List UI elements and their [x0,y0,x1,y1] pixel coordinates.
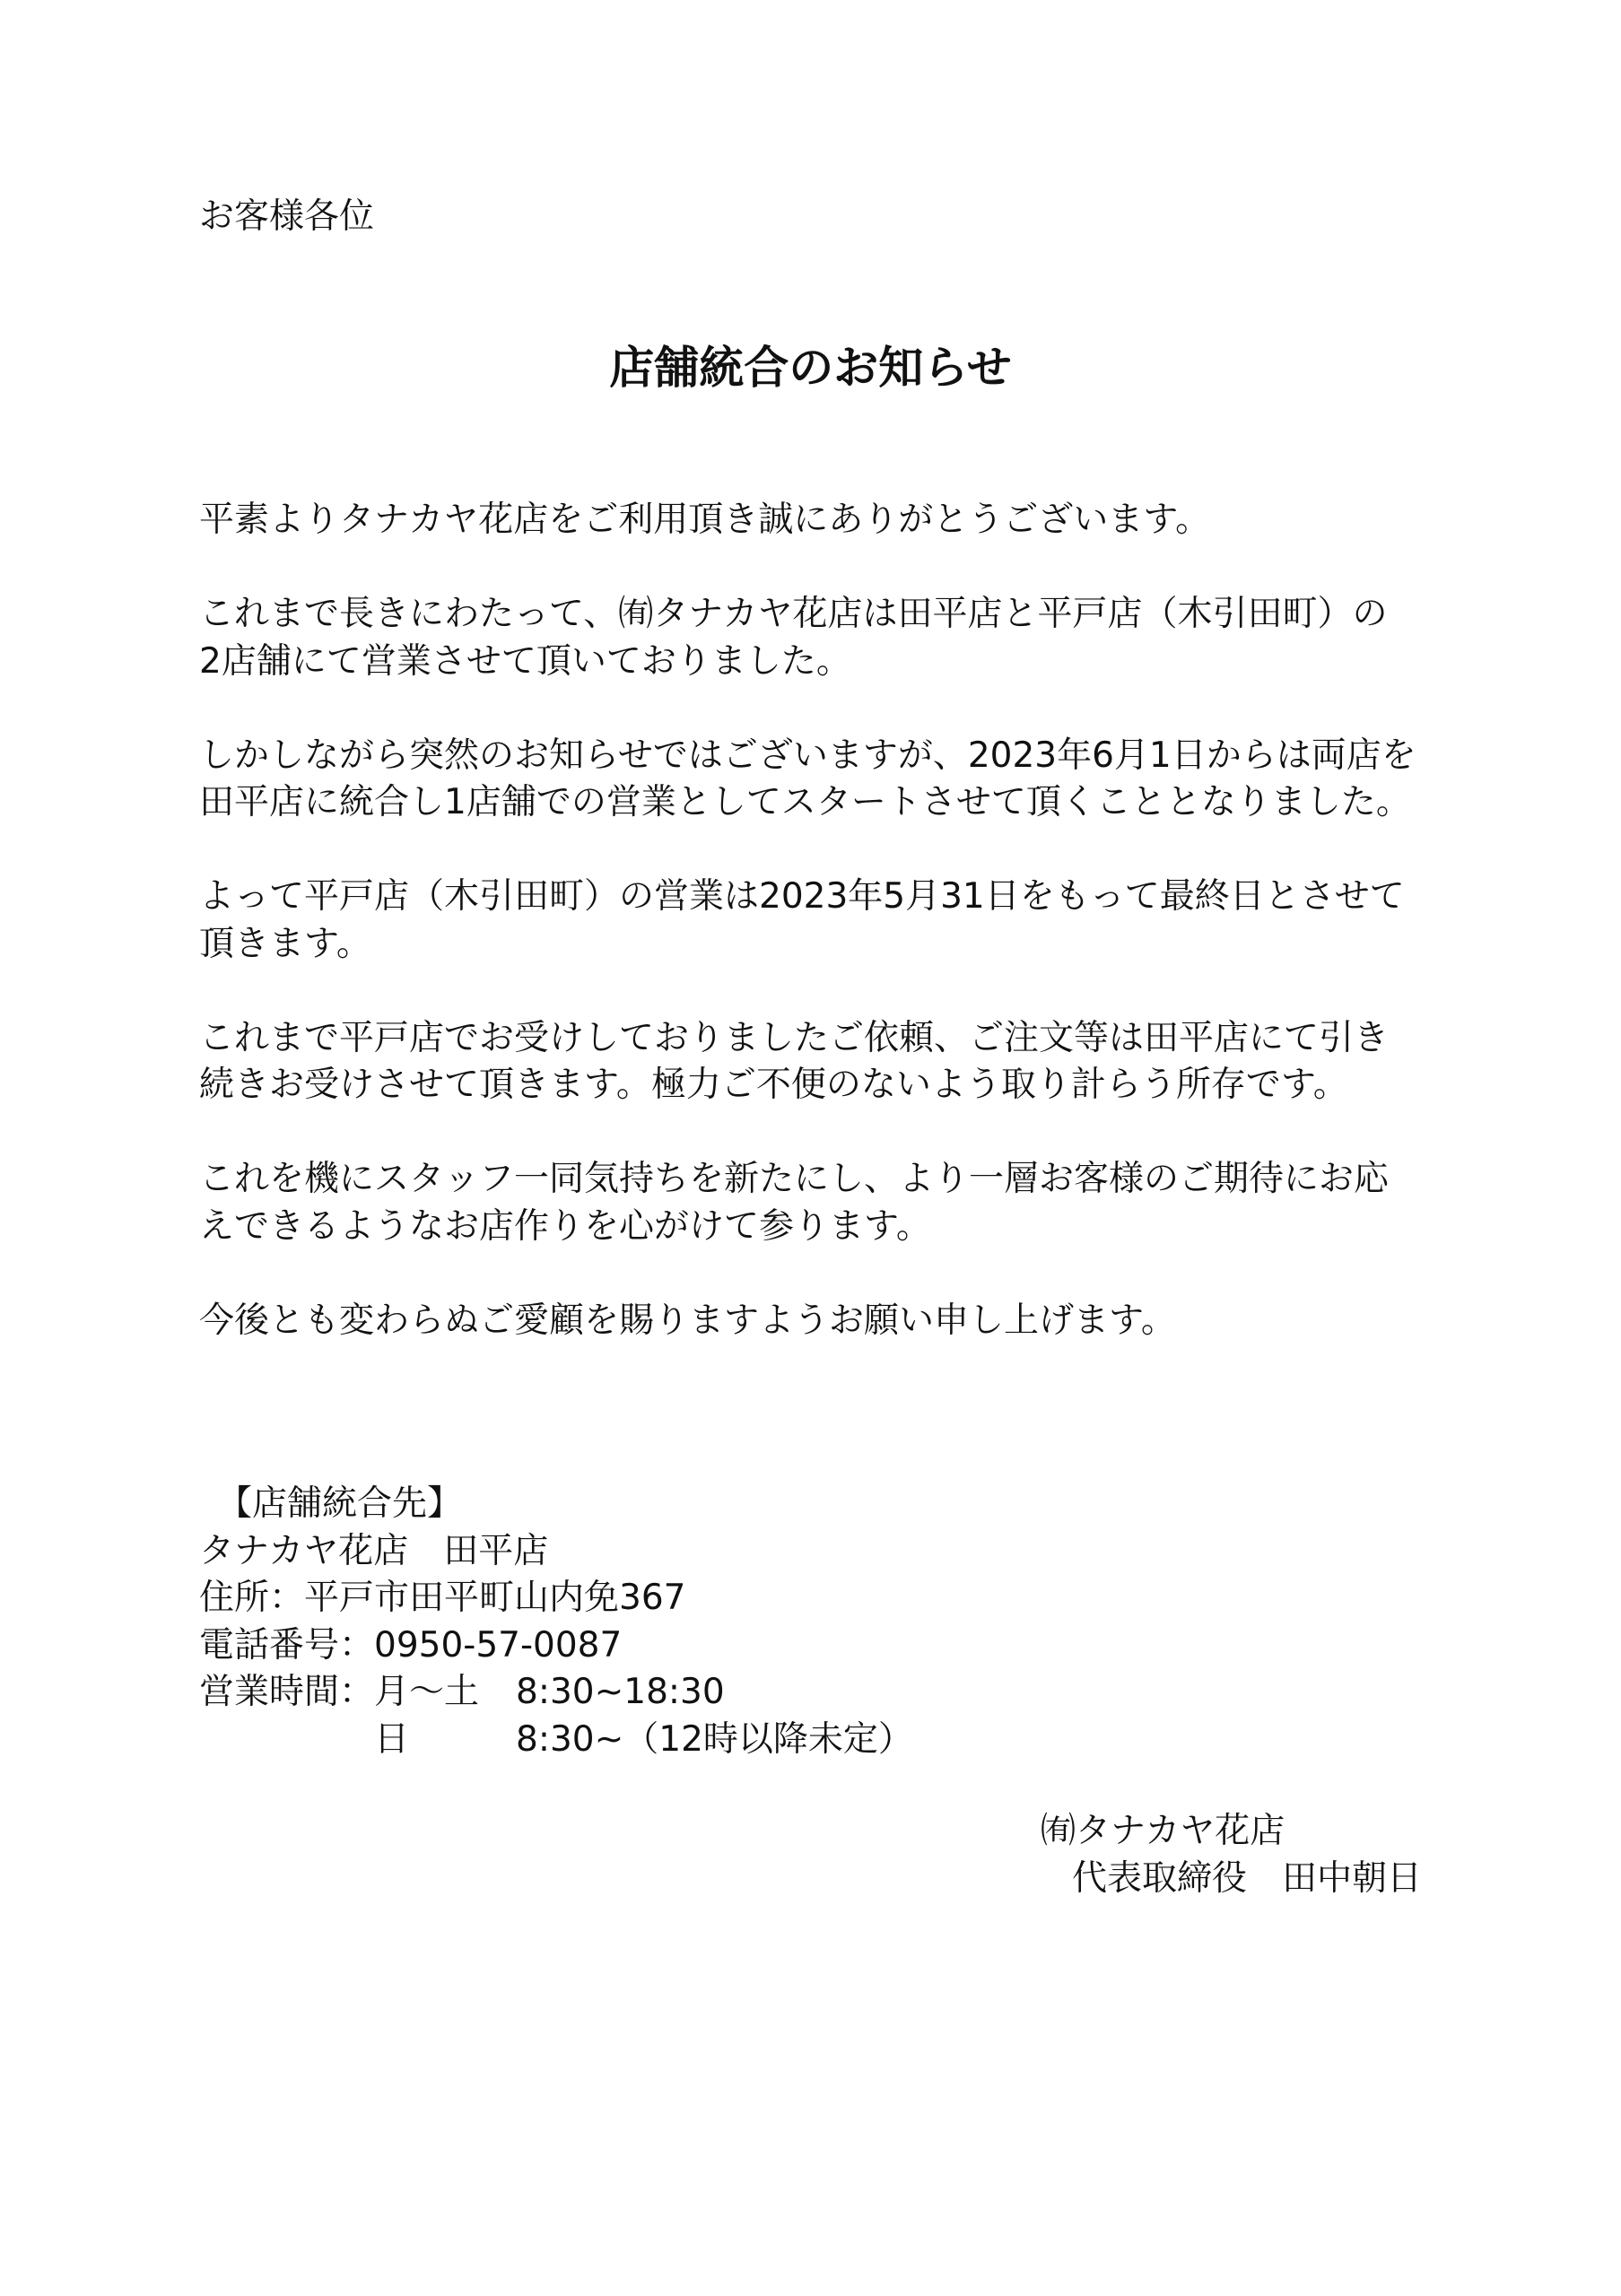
hours-weekday-time: 8:30~18:30 [516,1669,725,1717]
title-text: 店舗統合のお知らせ [609,342,1012,394]
hours-sunday-time: 8:30~（12時以降未定） [516,1717,913,1764]
hours-label: 営業時間： [199,1669,374,1717]
paragraph-4: よって平戸店（木引田町）の営業は2023年5月31日をもって最終日とさせて 頂き… [199,874,1416,968]
signature-company: ㈲タナカヤ花店 [1041,1808,1422,1856]
paragraph-2: これまで長きにわたって、㈲タナカヤ花店は田平店と平戸店（木引田町）の 2店舗にて… [199,591,1416,685]
paragraph-line: 今後とも変わらぬご愛顧を賜りますようお願い申し上げます。 [199,1298,1416,1345]
page-title: 店舗統合のお知らせ [0,339,1621,396]
paragraph-line: 頂きます。 [199,921,1416,969]
notice-body: 平素よりタナカヤ花店をご利用頂き誠にありがとうございます。 これまで長きにわたっ… [199,497,1416,1344]
paragraph-line: これまで平戸店でお受けしておりましたご依頼、ご注文等は田平店にて引き [199,1015,1416,1063]
paragraph-line: えできるようなお店作りを心がけて参ります。 [199,1204,1416,1251]
paragraph-line: 続きお受けさせて頂きます。極力ご不便のないよう取り計らう所存です。 [199,1062,1416,1109]
paragraph-line: よって平戸店（木引田町）の営業は2023年5月31日をもって最終日とさせて [199,874,1416,921]
hours-weekday-row: 営業時間： 月～土 8:30~18:30 [199,1669,685,1717]
paragraph-5: これまで平戸店でお受けしておりましたご依頼、ご注文等は田平店にて引き 続きお受け… [199,1015,1416,1109]
paragraph-line: 平素よりタナカヤ花店をご利用頂き誠にありがとうございます。 [199,497,1416,544]
greeting-text: お客様各位 [199,194,374,241]
paragraph-1: 平素よりタナカヤ花店をご利用頂き誠にありがとうございます。 [199,497,1416,544]
paragraph-line: これを機にスタッフ一同気持ちを新たにし、より一層お客様のご期待にお応 [199,1156,1416,1204]
hours-sunday-day: 日 [374,1717,409,1764]
signature: ㈲タナカヤ花店 代表取締役 田中朝日 [1041,1808,1422,1902]
hours-weekday-days: 月～土 [374,1669,479,1717]
paragraph-line: 2店舗にて営業させて頂いておりました。 [199,639,1416,686]
paragraph-line: しかしながら突然のお知らせではございますが、2023年6月1日からは両店を [199,733,1416,780]
store-info: 【店舗統合先】 タナカヤ花店 田平店 住所：平戸市田平町山内免367 電話番号：… [199,1481,685,1763]
greeting: お客様各位 [199,194,374,241]
paragraph-6: これを機にスタッフ一同気持ちを新たにし、より一層お客様のご期待にお応 えできるよ… [199,1156,1416,1250]
hours-sunday-row: 日 8:30~（12時以降未定） [199,1717,685,1764]
signature-representative: 代表取締役 田中朝日 [1041,1856,1422,1903]
store-info-heading: 【店舗統合先】 [199,1481,685,1528]
notice-page: お客様各位 店舗統合のお知らせ 平素よりタナカヤ花店をご利用頂き誠にありがとうご… [0,0,1621,2296]
paragraph-line: これまで長きにわたって、㈲タナカヤ花店は田平店と平戸店（木引田町）の [199,591,1416,639]
paragraph-3: しかしながら突然のお知らせではございますが、2023年6月1日からは両店を 田平… [199,733,1416,827]
paragraph-7: 今後とも変わらぬご愛顧を賜りますようお願い申し上げます。 [199,1298,1416,1345]
paragraph-line: 田平店に統合し1店舗での営業としてスタートさせて頂くこととなりました。 [199,779,1416,827]
store-name: タナカヤ花店 田平店 [199,1528,685,1576]
store-address: 住所：平戸市田平町山内免367 [199,1575,685,1622]
store-phone: 電話番号：0950-57-0087 [199,1622,685,1670]
